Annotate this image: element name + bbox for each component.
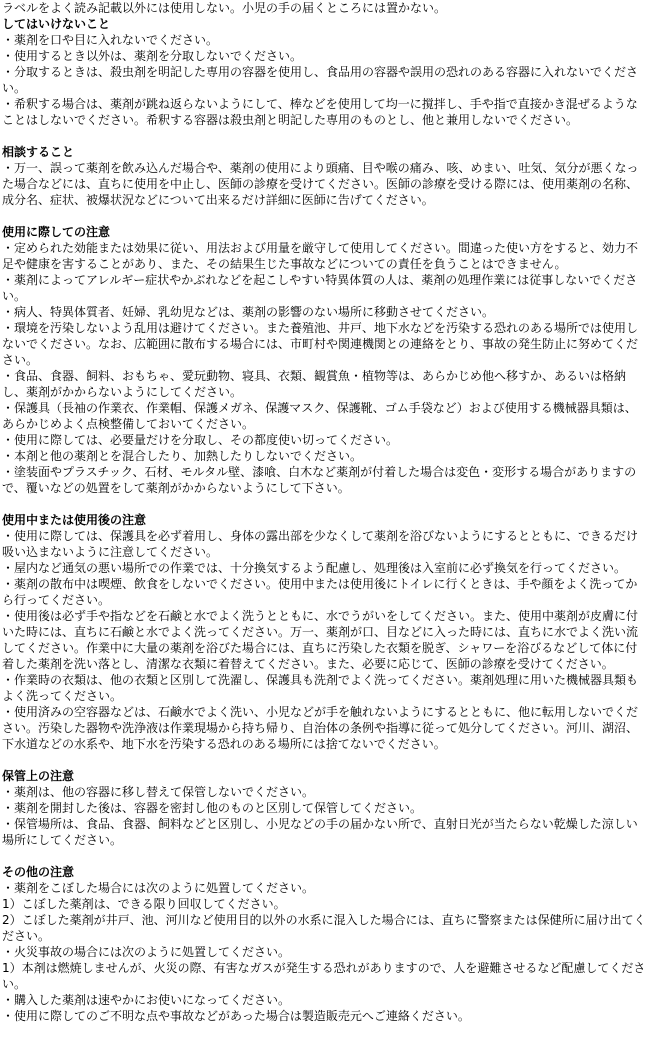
list-item: ・使用済みの空容器などは、石鹸水でよく洗い、小児などが手を触れないようにするとと… (2, 704, 648, 752)
section-during-after-use: 使用中または使用後の注意 ・使用に際しては、保護具を必ず着用し、身体の露出部を少… (2, 512, 648, 752)
section-title: してはいけないこと (2, 16, 648, 32)
list-item: 1）本剤は燃焼しませんが、火災の際、有害なガスが発生する恐れがありますので、人を… (2, 960, 648, 992)
list-item: ・病人、特異体質者、妊婦、乳幼児などは、薬剤の影響のない場所に移動させてください… (2, 304, 648, 320)
list-item: 2）こぼした薬剤が井戸、池、河川など使用目的以外の水系に混入した場合には、直ちに… (2, 912, 648, 944)
list-item: ・薬剤を開封した後は、容器を密封し他のものと区別して保管してください。 (2, 800, 648, 816)
section-prohibited: してはいけないこと ・薬剤を口や目に入れないでください。 ・使用するとき以外は、… (2, 16, 648, 128)
section-consult: 相談すること ・万一、誤って薬剤を飲み込んだ場合や、薬剤の使用により頭痛、目や喉… (2, 144, 648, 208)
list-item: ・薬剤をこぼした場合には次のように処置してください。 (2, 880, 648, 896)
section-usage-precautions: 使用に際しての注意 ・定められた効能または効果に従い、用法および用量を厳守して使… (2, 224, 648, 496)
list-item: ・食品、食器、飼料、おもちゃ、愛玩動物、寝具、衣類、観賞魚・植物等は、あらかじめ… (2, 368, 648, 400)
list-item: ・作業時の衣類は、他の衣類と区別して洗濯し、保護具も洗剤でよく洗ってください。薬… (2, 672, 648, 704)
section-title: 使用中または使用後の注意 (2, 512, 648, 528)
section-title: 相談すること (2, 144, 648, 160)
list-item: ・環境を汚染しないよう乱用は避けてください。また養殖池、井戸、地下水などを汚染す… (2, 320, 648, 368)
list-item: ・使用するとき以外は、薬剤を分取しないでください。 (2, 48, 648, 64)
intro-text: ラベルをよく読み記載以外には使用しない。小児の手の届くところには置かない。 (2, 0, 648, 16)
section-title: 保管上の注意 (2, 768, 648, 784)
section-title: 使用に際しての注意 (2, 224, 648, 240)
section-title: その他の注意 (2, 864, 648, 880)
precautions-document: ラベルをよく読み記載以外には使用しない。小児の手の届くところには置かない。 して… (0, 0, 650, 1024)
list-item: ・使用に際しては、必要量だけを分取し、その都度使い切ってください。 (2, 432, 648, 448)
list-item: ・使用に際しては、保護具を必ず着用し、身体の露出部を少なくして薬剤を浴びないよう… (2, 528, 648, 560)
list-item: ・薬剤を口や目に入れないでください。 (2, 32, 648, 48)
list-item: ・本剤と他の薬剤とを混合したり、加熱したりしないでください。 (2, 448, 648, 464)
list-item: ・定められた効能または効果に従い、用法および用量を厳守して使用してください。間違… (2, 240, 648, 272)
list-item: ・屋内など通気の悪い場所での作業では、十分換気するよう配慮し、処理後は入室前に必… (2, 560, 648, 576)
list-item: ・保管場所は、食品、食器、飼料などと区別し、小児などの手の届かない所で、直射日光… (2, 816, 648, 848)
list-item: ・購入した薬剤は速やかにお使いになってください。 (2, 992, 648, 1008)
list-item: ・保護具（長袖の作業衣、作業帽、保護メガネ、保護マスク、保護靴、ゴム手袋など）お… (2, 400, 648, 432)
list-item: ・火災事故の場合には次のように処置してください。 (2, 944, 648, 960)
list-item: ・分取するときは、殺虫剤を明記した専用の容器を使用し、食品用の容器や誤用の恐れの… (2, 64, 648, 96)
list-item: ・希釈する場合は、薬剤が跳ね返らないようにして、棒などを使用して均一に撹拌し、手… (2, 96, 648, 128)
list-item: ・薬剤は、他の容器に移し替えて保管しないでください。 (2, 784, 648, 800)
list-item: ・使用後は必ず手や指などを石鹸と水でよく洗うとともに、水でうがいをしてください。… (2, 608, 648, 672)
list-item: ・万一、誤って薬剤を飲み込んだ場合や、薬剤の使用により頭痛、目や喉の痛み、咳、め… (2, 160, 648, 208)
section-other: その他の注意 ・薬剤をこぼした場合には次のように処置してください。 1）こぼした… (2, 864, 648, 1024)
list-item: ・使用に際してのご不明な点や事故などがあった場合は製造販売元へご連絡ください。 (2, 1008, 648, 1024)
list-item: ・薬剤によってアレルギー症状やかぶれなどを起こしやすい特異体質の人は、薬剤の処理… (2, 272, 648, 304)
list-item: ・薬剤の散布中は喫煙、飲食をしないでください。使用中または使用後にトイレに行くと… (2, 576, 648, 608)
list-item: 1）こぼした薬剤は、できる限り回収してください。 (2, 896, 648, 912)
section-storage: 保管上の注意 ・薬剤は、他の容器に移し替えて保管しないでください。 ・薬剤を開封… (2, 768, 648, 848)
list-item: ・塗装面やプラスチック、石材、モルタル壁、漆喰、白木など薬剤が付着した場合は変色… (2, 464, 648, 496)
